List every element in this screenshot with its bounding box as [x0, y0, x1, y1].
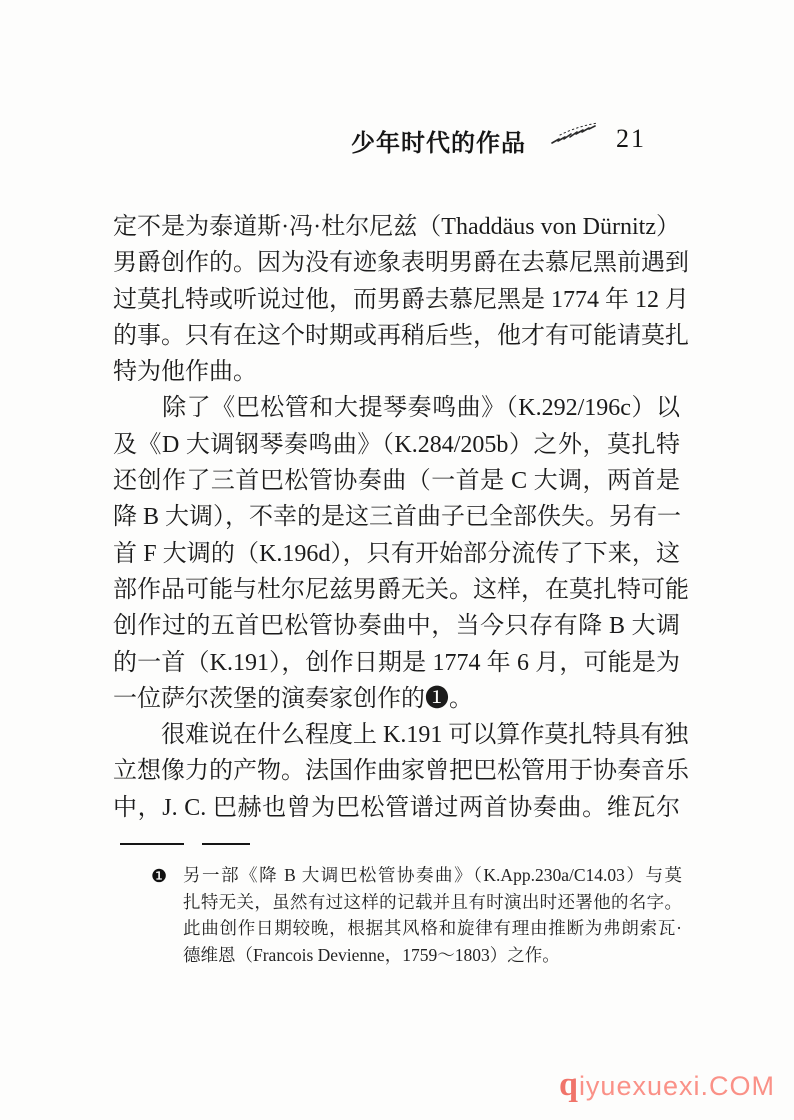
body-text-line: 特为他作曲。 — [113, 354, 680, 390]
body-text-line: 立想像力的产物。法国作曲家曾把巴松管用于协奏音乐 — [113, 753, 680, 789]
body-text-block: 定不是为泰道斯·冯·杜尔尼兹（Thaddäus von Dürnitz） 男爵创… — [113, 209, 680, 826]
body-text-line: 首 F 大调的（K.196d），只有开始部分流传了下来，这 — [113, 536, 680, 572]
body-text-line: 还创作了三首巴松管协奏曲（一首是 C 大调，两首是 — [113, 463, 680, 499]
running-header-title: 少年时代的作品 — [351, 123, 526, 158]
body-text-line: 定不是为泰道斯·冯·杜尔尼兹（Thaddäus von Dürnitz） — [113, 209, 680, 245]
decorative-flourish-icon — [548, 119, 606, 149]
footnote-marker: ❶ — [151, 863, 167, 890]
body-text-line: 男爵创作的。因为没有迹象表明男爵在去慕尼黑前遇到 — [113, 245, 680, 281]
footnote-text-line: 德维恩（Francois Devienne，1759～1803）之作。 — [183, 942, 682, 969]
body-text-line: 的一首（K.191），创作日期是 1774 年 6 月，可能是为 — [113, 645, 680, 681]
body-text-line: 中，J. C. 巴赫也曾为巴松管谱过两首协奏曲。维瓦尔 — [113, 790, 680, 826]
body-text-line: 降 B 大调），不幸的是这三首曲子已全部佚失。另有一 — [113, 499, 680, 535]
body-text-line: 除了《巴松管和大提琴奏鸣曲》（K.292/196c）以 — [113, 390, 680, 426]
book-page: 少年时代的作品 21 定不是为泰道斯·冯·杜尔尼兹（Thaddäus von D… — [0, 0, 794, 1120]
footnote-text-line: 另一部《降 B 大调巴松管协奏曲》（K.App.230a/C14.03）与莫 — [183, 862, 682, 889]
site-watermark: qiyuexuexi.COM — [559, 1066, 775, 1104]
footnote-text-line: 此曲创作日期较晚，根据其风格和旋律有理由推断为弗朗索瓦· — [183, 915, 682, 942]
footnote-text: 另一部《降 B 大调巴松管协奏曲》（K.App.230a/C14.03）与莫 扎… — [183, 862, 682, 968]
footnote-separator-line — [202, 843, 250, 845]
footnote-block: ❶ 另一部《降 B 大调巴松管协奏曲》（K.App.230a/C14.03）与莫… — [151, 862, 682, 968]
body-text-line: 部作品可能与杜尔尼兹男爵无关。这样，在莫扎特可能 — [113, 572, 680, 608]
footnote-text-line: 扎特无关，虽然有过这样的记载并且有时演出时还署他的名字。 — [183, 889, 682, 916]
body-text-line: 过莫扎特或听说过他，而男爵去慕尼黑是 1774 年 12 月 — [113, 282, 680, 318]
body-text-line: 创作过的五首巴松管协奏曲中，当今只存有降 B 大调 — [113, 608, 680, 644]
body-text-line: 很难说在什么程度上 K.191 可以算作莫扎特具有独 — [113, 717, 680, 753]
body-text-line: 一位萨尔茨堡的演奏家创作的❶。 — [113, 681, 680, 717]
page-number: 21 — [616, 124, 646, 154]
footnote-separator-line — [120, 843, 184, 845]
body-text-line: 及《D 大调钢琴奏鸣曲》（K.284/205b）之外，莫扎特 — [113, 427, 680, 463]
body-text-line: 的事。只有在这个时期或再稍后些，他才有可能请莫扎 — [113, 318, 680, 354]
